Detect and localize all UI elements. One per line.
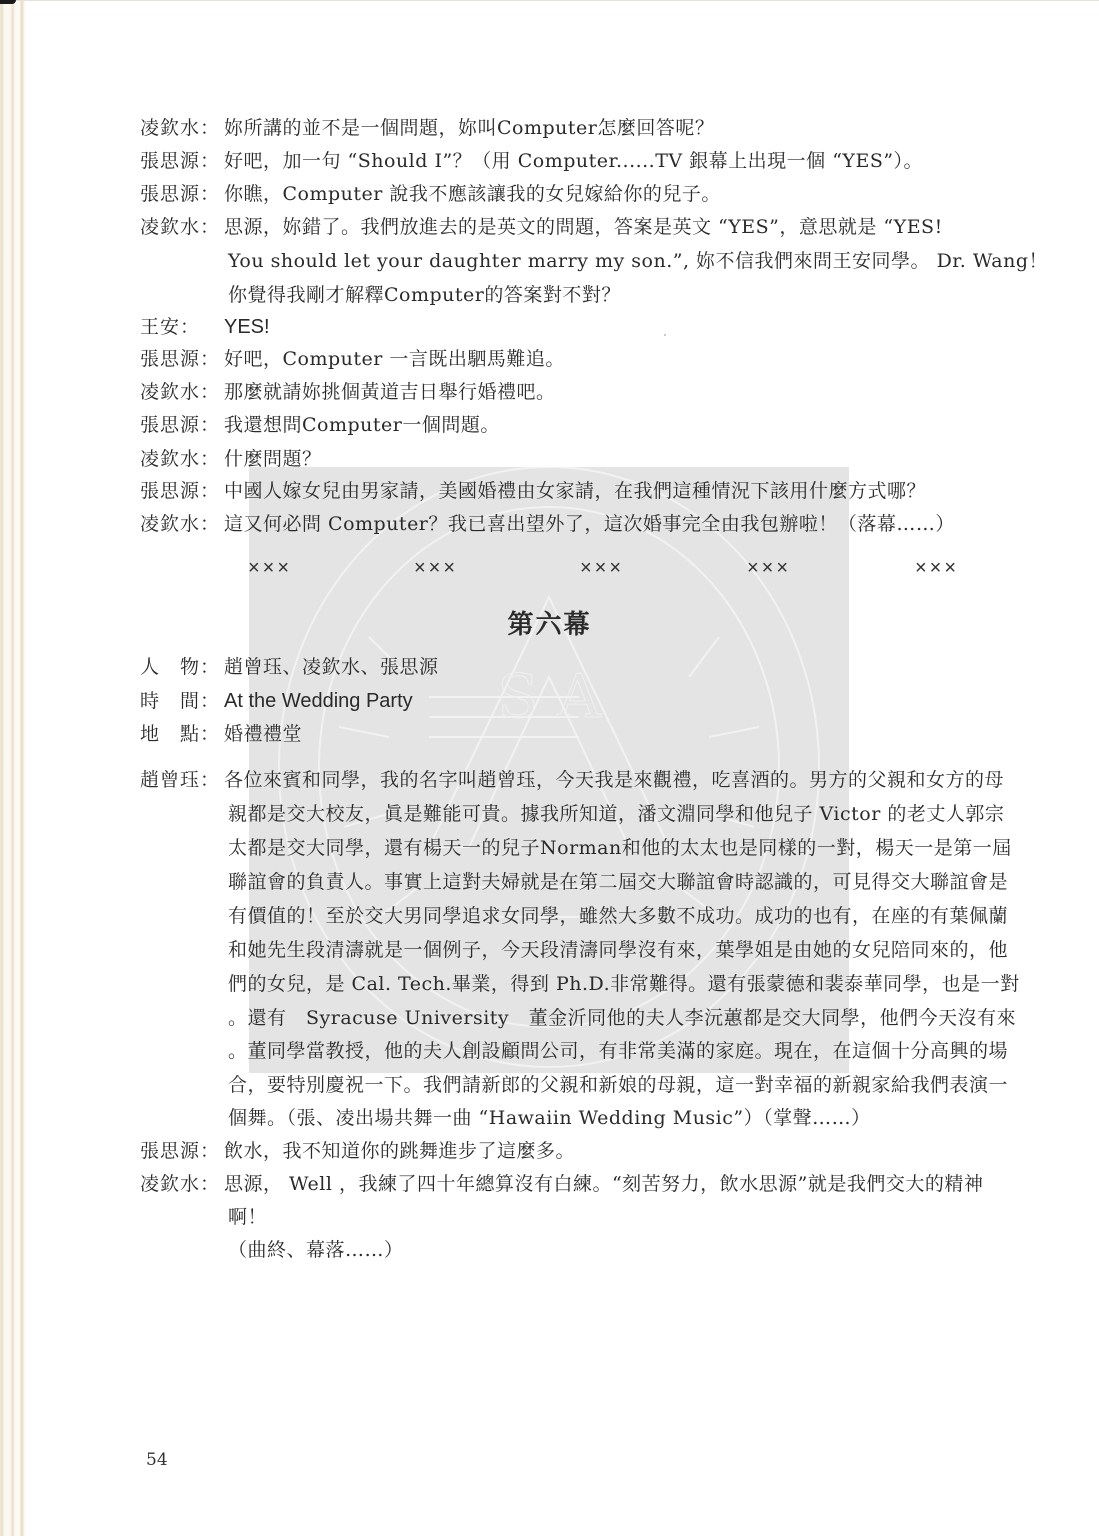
dialogue-line: 王安：YES! (140, 315, 270, 339)
speaker-name: 張思源： (140, 149, 224, 173)
dialogue-text: 好吧，Computer 一言既出駟馬難追。 (224, 348, 565, 370)
dialogue-text: 我還想問Computer一個問題。 (224, 414, 500, 436)
speaker-name: 趙曾珏： (140, 768, 224, 792)
dialogue-line: 凌欽水：思源， Well ，我練了四十年總算沒有白練。“刻苦努力，飲水思源”就是… (140, 1172, 983, 1196)
stage-direction: （曲終、幕落……） (228, 1238, 404, 1262)
speaker-name: 張思源： (140, 413, 224, 437)
dialogue-continuation: 啊！ (228, 1205, 267, 1229)
dialogue-continuation: 有價值的！至於交大男同學追求女同學，雖然大多數不成功。成功的也有，在座的有葉佩蘭 (228, 904, 1008, 928)
dialogue-text: 飲水，我不知道你的跳舞進步了這麼多。 (224, 1140, 575, 1162)
meta-value: 婚禮禮堂 (224, 723, 302, 745)
dialogue-line: 趙曾珏：各位來賓和同學，我的名字叫趙曾珏，今天我是來觀禮，吃喜酒的。男方的父親和… (140, 768, 1004, 792)
act-place: 地 點：婚禮禮堂 (140, 722, 302, 746)
act-characters: 人 物：趙曾珏、凌欽水、張思源 (140, 655, 439, 679)
document-page: 凌欽水：妳所講的並不是一個問題，妳叫Computer怎麼回答呢？ 張思源：好吧，… (0, 0, 1099, 1536)
dialogue-line: 張思源：好吧，Computer 一言既出駟馬難追。 (140, 347, 565, 371)
dialogue-line: 凌欽水：什麼問題？ (140, 447, 322, 471)
speaker-name: 凌欽水： (140, 215, 224, 239)
separator-mark: ××× (580, 557, 624, 580)
page-number: 54 (146, 1450, 168, 1470)
meta-value: At the Wedding Party (224, 690, 413, 712)
speaker-name: 凌欽水： (140, 380, 224, 404)
speaker-name: 張思源： (140, 182, 224, 206)
dialogue-line: 凌欽水：這又何必問 Computer？我已喜出望外了，這次婚事完全由我包辦啦！（… (140, 512, 955, 536)
dialogue-line: 凌欽水：妳所講的並不是一個問題，妳叫Computer怎麼回答呢？ (140, 116, 714, 140)
scene-separator: ××× ××× ××× ××× ××× (0, 557, 1099, 581)
dialogue-text: YES! (224, 316, 270, 338)
dialogue-text: 各位來賓和同學，我的名字叫趙曾珏，今天我是來觀禮，吃喜酒的。男方的父親和女方的母 (224, 769, 1004, 791)
act-title: 第六幕 (0, 604, 1099, 641)
act-time: 時 間：At the Wedding Party (140, 689, 413, 713)
dialogue-continuation: 親都是交大校友，眞是難能可貴。據我所知道，潘文淵同學和他兒子 Victor 的老… (228, 802, 1004, 826)
dialogue-continuation: 你覺得我剛才解釋Computer的答案對不對？ (228, 283, 621, 307)
dialogue-text: 你瞧，Computer 說我不應該讓我的女兒嫁給你的兒子。 (224, 183, 721, 205)
speaker-name: 張思源： (140, 347, 224, 371)
dialogue-line: 張思源：中國人嫁女兒由男家請，美國婚禮由女家請，在我們這種情況下該用什麼方式哪？ (140, 479, 926, 503)
separator-mark: ××× (414, 557, 458, 580)
dialogue-continuation: 。董同學當教授，他的夫人創設顧問公司，有非常美滿的家庭。現在，在這個十分高興的場 (228, 1039, 1008, 1063)
speaker-name: 張思源： (140, 479, 224, 503)
dialogue-text: 這又何必問 Computer？我已喜出望外了，這次婚事完全由我包辦啦！（落幕……… (224, 513, 955, 535)
dialogue-text: 思源， Well ，我練了四十年總算沒有白練。“刻苦努力，飲水思源”就是我們交大… (224, 1173, 983, 1195)
dialogue-text: 什麼問題？ (224, 448, 322, 470)
speaker-name: 凌欽水： (140, 1172, 224, 1196)
speaker-name: 凌欽水： (140, 512, 224, 536)
speaker-name: 凌欽水： (140, 447, 224, 471)
dialogue-line: 張思源：我還想問Computer一個問題。 (140, 413, 500, 437)
dialogue-line: 張思源：飲水，我不知道你的跳舞進步了這麼多。 (140, 1139, 575, 1163)
scan-speck (664, 334, 666, 336)
dialogue-text: 中國人嫁女兒由男家請，美國婚禮由女家請，在我們這種情況下該用什麼方式哪？ (224, 480, 926, 502)
dialogue-line: 張思源：好吧，加一句 “Should I”？（用 Computer......T… (140, 149, 923, 173)
meta-label: 人 物： (140, 655, 224, 679)
dialogue-continuation: 聯誼會的負責人。事實上這對夫婦就是在第二屆交大聯誼會時認識的，可見得交大聯誼會是 (228, 870, 1008, 894)
dialogue-text: 好吧，加一句 “Should I”？（用 Computer......TV 銀幕… (224, 150, 923, 172)
dialogue-continuation: 個舞。（張、凌出場共舞一曲 “Hawaiin Wedding Music”）（掌… (228, 1106, 871, 1130)
separator-mark: ××× (248, 557, 292, 580)
dialogue-text: 妳所講的並不是一個問題，妳叫Computer怎麼回答呢？ (224, 117, 714, 139)
separator-mark: ××× (915, 557, 959, 580)
dialogue-continuation: 們的女兒，是 Cal. Tech.畢業，得到 Ph.D.非常難得。還有張蒙德和裴… (228, 972, 1020, 996)
meta-label: 地 點： (140, 722, 224, 746)
meta-value: 趙曾珏、凌欽水、張思源 (224, 656, 439, 678)
dialogue-continuation: 太都是交大同學，還有楊天一的兒子Norman和他的太太也是同樣的一對，楊天一是第… (228, 836, 1012, 860)
speaker-name: 凌欽水： (140, 116, 224, 140)
separator-mark: ××× (747, 557, 791, 580)
dialogue-continuation: 合，要特別慶祝一下。我們請新郎的父親和新娘的母親，這一對幸福的新親家給我們表演一 (228, 1073, 1008, 1097)
dialogue-text: 思源，妳錯了。我們放進去的是英文的問題，答案是英文 “YES”，意思就是 “YE… (224, 216, 943, 238)
dialogue-line: 凌欽水：思源，妳錯了。我們放進去的是英文的問題，答案是英文 “YES”，意思就是… (140, 215, 943, 239)
dialogue-continuation: 。還有 Syracuse University 董金沂同他的夫人李沅蕙都是交大同… (228, 1006, 1016, 1030)
speaker-name: 張思源： (140, 1139, 224, 1163)
speaker-name: 王安： (140, 315, 224, 339)
dialogue-continuation: You should let your daughter marry my so… (228, 249, 1048, 273)
meta-label: 時 間： (140, 689, 224, 713)
dialogue-continuation: 和她先生段清濤就是一個例子，今天段清濤同學沒有來，葉學姐是由她的女兒陪同來的，他 (228, 938, 1008, 962)
dialogue-text: 那麼就請妳挑個黃道吉日舉行婚禮吧。 (224, 381, 556, 403)
dialogue-line: 凌欽水：那麼就請妳挑個黃道吉日舉行婚禮吧。 (140, 380, 556, 404)
dialogue-line: 張思源：你瞧，Computer 說我不應該讓我的女兒嫁給你的兒子。 (140, 182, 721, 206)
